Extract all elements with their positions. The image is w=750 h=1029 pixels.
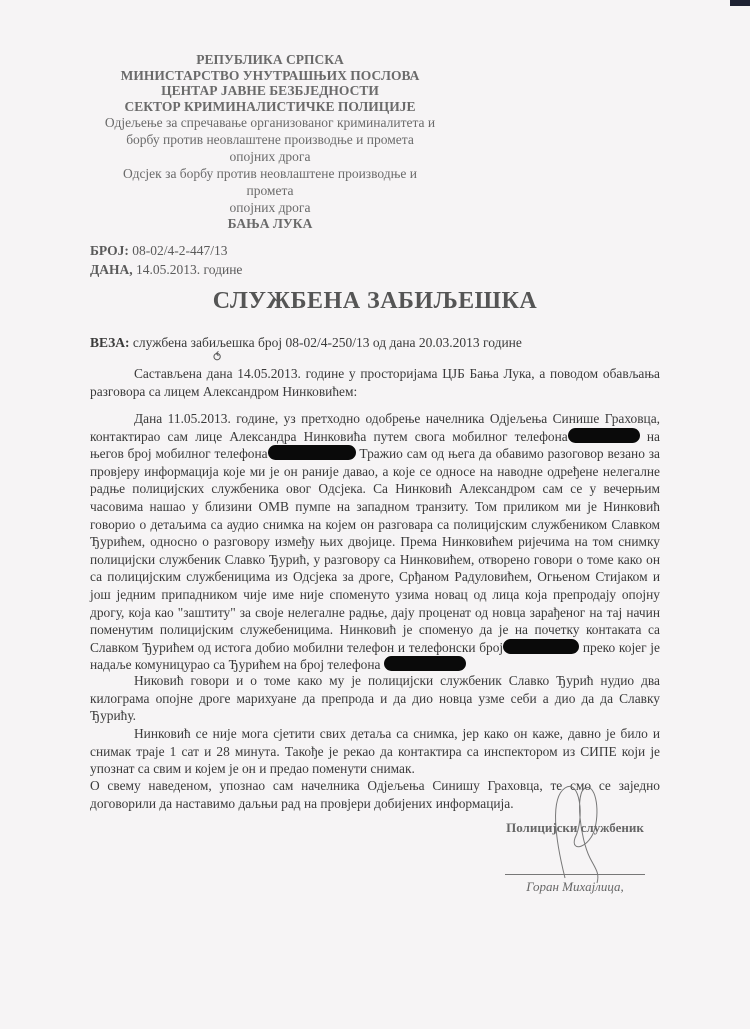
body-paragraph-3: Нинковић се није мога сјетити свих детаљ…	[90, 725, 660, 778]
reference-line: ВЕЗА: службена забиљешка број 08-02/4-25…	[90, 335, 522, 351]
redaction-bar	[568, 428, 640, 443]
department-2-b: промета	[90, 182, 450, 199]
signature-name: Горан Михајлица,	[495, 879, 655, 895]
letterhead-line: РЕПУБЛИКА СРПСКА	[90, 52, 450, 68]
document-page: РЕПУБЛИКА СРПСКА МИНИСТАРСТВО УНУТРАШЊИХ…	[0, 0, 750, 1029]
number-value: 08-02/4-2-447/13	[132, 243, 227, 258]
department-1-tail: опојних дрога	[90, 148, 450, 165]
document-date: ДАНА, 14.05.2013. године	[90, 260, 242, 279]
signature-block: Полицијски службеник Горан Михајлица,	[495, 820, 655, 895]
date-label: ДАНА,	[90, 262, 133, 277]
document-meta: БРОЈ: 08-02/4-2-447/13 ДАНА, 14.05.2013.…	[90, 241, 242, 279]
reference-text: службена забиљешка број 08-02/4-250/13 о…	[133, 335, 522, 350]
scan-corner-mark	[730, 0, 750, 6]
intro-paragraph: Састављена дана 14.05.2013. године у про…	[90, 365, 660, 400]
redaction-bar	[503, 639, 579, 654]
body-paragraph-1: Дана 11.05.2013. године, уз претходно од…	[90, 410, 660, 674]
reference-label: ВЕЗА:	[90, 335, 130, 350]
letterhead-line: МИНИСТАРСТВО УНУТРАШЊИХ ПОСЛОВА	[90, 68, 450, 84]
number-label: БРОЈ:	[90, 243, 129, 258]
letterhead-line: СЕКТОР КРИМИНАЛИСТИЧКЕ ПОЛИЦИЈЕ	[90, 99, 450, 115]
department-2-tail: опојних дрога	[90, 199, 450, 216]
p1-text-c: Тражио сам од њега да обавимо разоговор …	[90, 446, 660, 655]
redaction-bar	[384, 656, 466, 671]
date-value: 14.05.2013. године	[136, 262, 242, 277]
letterhead-line: ЦЕНТАР ЈАВНЕ БЕЗБЈЕДНОСТИ	[90, 83, 450, 99]
department-2: Одсјек за борбу против неовлаштене произ…	[90, 165, 450, 182]
signature-title: Полицијски службеник	[495, 820, 655, 836]
letterhead: РЕПУБЛИКА СРПСКА МИНИСТАРСТВО УНУТРАШЊИХ…	[90, 52, 450, 232]
city: БАЊА ЛУКА	[90, 216, 450, 232]
redaction-bar	[268, 445, 356, 460]
signature-line	[505, 874, 645, 875]
scan-mark-icon: ⥀	[213, 350, 221, 365]
document-number: БРОЈ: 08-02/4-2-447/13	[90, 241, 242, 260]
document-title: СЛУЖБЕНА ЗАБИЉЕШКА	[0, 288, 750, 315]
department-1: Одјељење за спречавање организованог кри…	[90, 114, 450, 148]
body-paragraph-2: Никовић говори и о томе како му је полиц…	[90, 672, 660, 725]
